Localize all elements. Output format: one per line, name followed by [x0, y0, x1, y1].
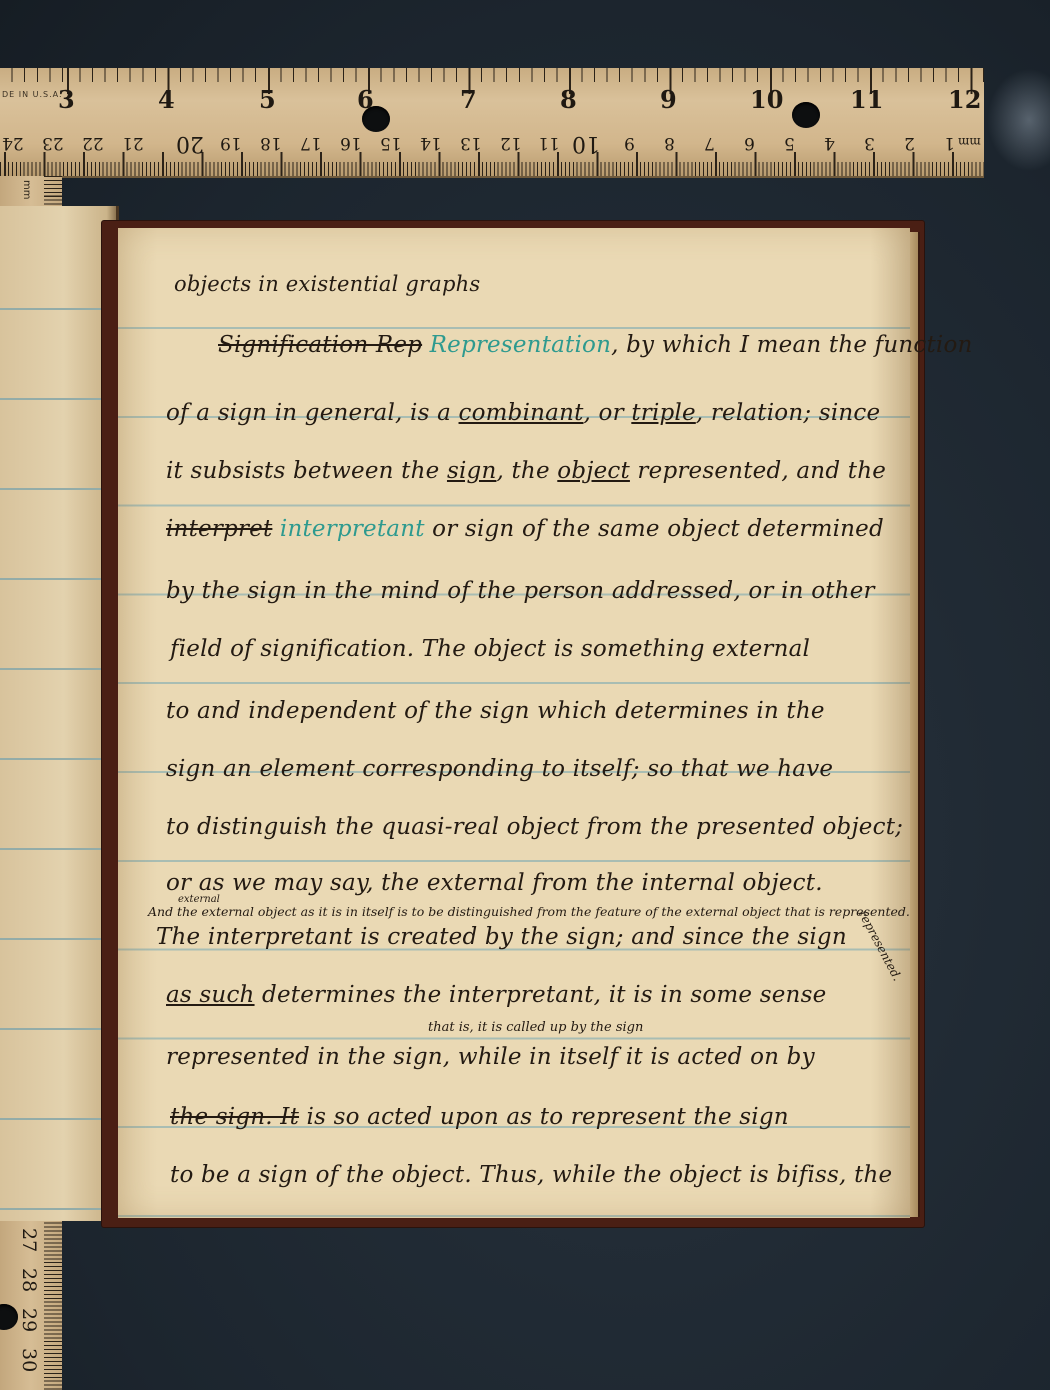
plastic-glare — [980, 60, 1050, 180]
manuscript-line: it subsists between the sign, the object… — [166, 458, 886, 484]
inch-label: 10 — [750, 88, 783, 112]
ruler-maker-label: DE IN U.S.A. — [2, 90, 63, 99]
cm-label: 28 — [18, 1268, 40, 1292]
manuscript-line: by the sign in the mind of the person ad… — [166, 578, 875, 604]
cm-label: 14 — [420, 134, 442, 151]
inch-label: 11 — [850, 88, 883, 112]
cm-label: 4 — [824, 134, 835, 151]
inch-label: 4 — [158, 88, 175, 112]
line-text: of a sign in general, is a — [166, 400, 459, 426]
cm-label: 20 — [176, 132, 204, 154]
line-text: by the sign in the mind of the person ad… — [166, 578, 875, 604]
manuscript-line: field of signification. The object is so… — [170, 636, 810, 662]
ruler-hole — [362, 106, 390, 132]
manuscript-line: as such determines the interpretant, it … — [166, 982, 826, 1008]
line-text: to distinguish the quasi-real object fro… — [166, 814, 903, 840]
interlinear-insertion: that is, it is called up by the sign — [428, 1020, 643, 1035]
cm-label: 17 — [300, 134, 322, 151]
underlined-term: object — [557, 458, 630, 484]
revision-text: interpretant — [280, 516, 425, 542]
manuscript-line: or as we may say, the external from the … — [166, 870, 823, 896]
underlined-term: combinant — [459, 400, 584, 426]
cm-label: 18 — [260, 134, 282, 151]
cm-label: 12 — [500, 134, 522, 151]
revision-text: Representation — [430, 332, 612, 358]
manuscript-line: to be a sign of the object. Thus, while … — [170, 1162, 892, 1188]
line-text: it subsists between the — [166, 458, 447, 484]
struck-text: interpret — [166, 516, 272, 542]
line-text: or sign of the same object determined — [425, 516, 884, 542]
cm-tick-marks — [0, 136, 984, 176]
cm-label: 16 — [340, 134, 362, 151]
line-text: , the — [496, 458, 557, 484]
line-text: to be a sign of the object. Thus, while … — [170, 1162, 892, 1188]
line-text: field of signification. The object is so… — [170, 636, 810, 662]
line-text: The interpretant is created by the sign;… — [156, 924, 847, 950]
cm-label: 15 — [380, 134, 402, 151]
cm-label: 5 — [784, 134, 795, 151]
manuscript-line: the sign. It is so acted upon as to repr… — [170, 1104, 789, 1130]
cm-label: 6 — [744, 134, 755, 151]
cm-label: 11 — [538, 134, 560, 151]
cm-label: 9 — [624, 134, 635, 151]
manuscript-line: of a sign in general, is a combinant, or… — [166, 400, 880, 426]
cm-label: 29 — [18, 1308, 40, 1332]
heading-text: objects in existential graphs — [174, 272, 480, 296]
ruler-hole — [792, 102, 820, 128]
line-text: represented in the sign, while in itself… — [166, 1044, 815, 1070]
underlined-term: sign — [447, 458, 497, 484]
manuscript-line: interpret interpretant or sign of the sa… — [166, 516, 884, 542]
cm-label: 8 — [664, 134, 675, 151]
manuscript-line: to and independent of the sign which det… — [166, 698, 825, 724]
cm-label: 19 — [220, 134, 242, 151]
margin-note: represented. — [856, 908, 905, 983]
cm-label: 13 — [460, 134, 482, 151]
manuscript-line: The interpretant is created by the sign;… — [156, 924, 847, 950]
interlinear-insertion: And the external object as it is in itse… — [148, 904, 910, 919]
underlined-term: as such — [166, 982, 255, 1008]
cm-label: 1 — [944, 134, 955, 151]
cm-label: 7 — [704, 134, 715, 151]
cm-label: 24 — [2, 134, 24, 151]
manuscript-heading: objects in existential graphs — [174, 272, 480, 296]
manuscript-line: represented in the sign, while in itself… — [166, 1044, 815, 1070]
ruler-hole — [0, 1304, 18, 1330]
top-ruler: DE IN U.S.A. 3 4 5 6 7 8 9 10 11 12 24 2… — [0, 68, 984, 178]
line-text: sign an element corresponding to itself;… — [166, 756, 833, 782]
cm-label: 22 — [82, 134, 104, 151]
inch-label: 5 — [259, 88, 276, 112]
line-text: is so acted upon as to represent the sig… — [299, 1104, 789, 1130]
cm-label: 27 — [18, 1228, 40, 1252]
inch-tick-marks — [0, 68, 984, 94]
struck-text: the sign. It — [170, 1104, 299, 1130]
inch-label: 7 — [460, 88, 477, 112]
underlined-term: triple — [631, 400, 695, 426]
line-text: , relation; since — [696, 400, 880, 426]
cm-label: 21 — [122, 134, 144, 151]
cm-label: 30 — [18, 1348, 40, 1372]
inch-label: 9 — [660, 88, 677, 112]
line-text: or as we may say, the external from the … — [166, 870, 823, 896]
inch-label: 3 — [58, 88, 75, 112]
inch-label: 8 — [560, 88, 577, 112]
manuscript-line: sign an element corresponding to itself;… — [166, 756, 833, 782]
line-text: , or — [584, 400, 632, 426]
page-number-mark — [708, 228, 711, 237]
manuscript-line: Signification Rep Representation, by whi… — [218, 332, 973, 358]
cm-label: 23 — [42, 134, 64, 151]
manuscript-page: objects in existential graphs Significat… — [118, 228, 910, 1218]
line-text: determines the interpretant, it is in so… — [255, 982, 827, 1008]
inch-label: 12 — [948, 88, 981, 112]
line-text: to and independent of the sign which det… — [166, 698, 825, 724]
line-text: represented, and the — [630, 458, 886, 484]
mm-unit-label: mm — [21, 180, 32, 199]
manuscript-line: to distinguish the quasi-real object fro… — [166, 814, 903, 840]
cm-label: 3 — [864, 134, 875, 151]
cm-label: 10 — [572, 132, 600, 154]
struck-text: Signification Rep — [218, 332, 422, 358]
cm-label: 2 — [904, 134, 915, 151]
mm-unit-label: mm — [958, 136, 981, 148]
line-text: , by which I mean the function — [611, 332, 972, 358]
